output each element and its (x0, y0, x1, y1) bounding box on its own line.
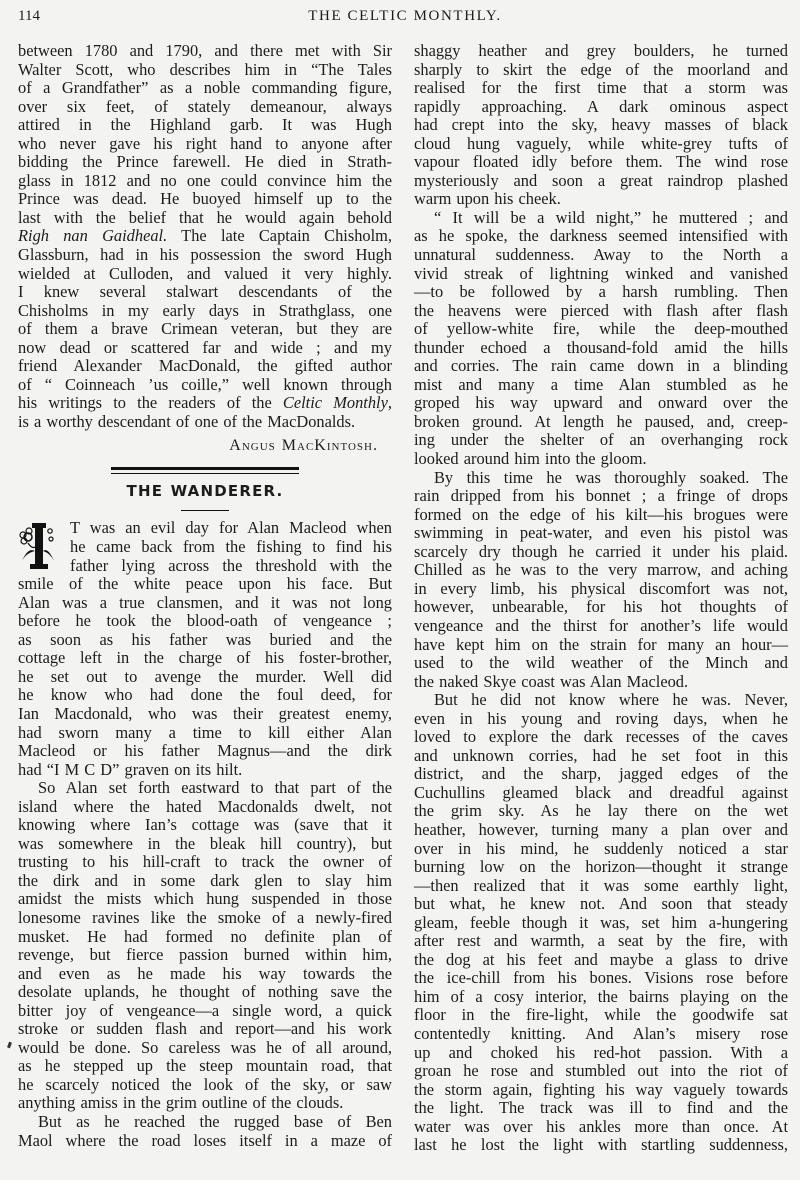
text-line: Cuchullins gleamed black and dreadful ag… (414, 784, 788, 803)
text-line: the grim sky. As he lay there on the wet (414, 802, 788, 821)
text-line: Macleod or his father Magnus—and the dir… (18, 742, 392, 761)
text-line: he came back from the fishing to find hi… (70, 538, 392, 557)
text-line: Alan was a true clansmen, and it was not… (18, 594, 392, 613)
text-line: attired in the Highland garb. It was Hug… (18, 116, 392, 135)
text-line: bitter joy of vengeance—a single word, a… (18, 1002, 392, 1021)
text-line: as soon as his father was buried and the (18, 631, 392, 650)
text-line: warm upon his cheek. (414, 190, 788, 209)
text-line: of them a brave Crimean veteran, but the… (18, 320, 392, 339)
text-line: Chisholms in my early days in Strathglas… (18, 302, 392, 321)
text-line: thunder echoed a thousand-fold amid the … (414, 339, 788, 358)
left-column: between 1780 and 1790, and there met wit… (18, 42, 392, 1150)
story-opening: T was an evil day for Alan Macleod whenh… (18, 519, 392, 575)
page-header: 114 THE CELTIC MONTHLY. (18, 8, 792, 32)
text-line: Walter Scott, who describes him in “The … (18, 61, 392, 80)
text-line: groan he rose and stumbled out into the … (414, 1062, 788, 1081)
text-line: last with the belief that he would again… (18, 209, 392, 228)
text-line: island where the hated Macdonalds dwelt,… (18, 798, 392, 817)
text-line: used to the wild weather of the Minch an… (414, 654, 788, 673)
text-line: sharply to skirt the edge of the moorlan… (414, 61, 788, 80)
text-line: bidding the Prince farewell. He died in … (18, 153, 392, 172)
text-line: By this time he was thoroughly soaked. T… (414, 469, 788, 488)
text-line: Chilled as he was to the very marrow, an… (414, 561, 788, 580)
text-line: vivid streak of lightning winked and van… (414, 265, 788, 284)
text-line: however, unbearable, for his hot thought… (414, 598, 788, 617)
story-paragraph-lost: But he did not know where he was. Never,… (414, 691, 788, 1155)
text-line: and corries. The rain came down in a bli… (414, 357, 788, 376)
text-line: before he took the blood-oath of vengean… (18, 612, 392, 631)
text-line: cottage left in the charge of his foster… (18, 649, 392, 668)
text-line: Glassburn, had in his possession the swo… (18, 246, 392, 265)
text-line: father lying across the threshold with t… (70, 557, 392, 576)
text-line: and unknown corries, had he set foot in … (414, 747, 788, 766)
text-line: last he lost the light with startling su… (414, 1136, 788, 1155)
text-line: So Alan set forth eastward to that part … (18, 779, 392, 798)
text-line: gleam, feeble though it was, set him a-h… (414, 914, 788, 933)
italic-gaelic-phrase: Righ nan Gaidheal. (18, 226, 167, 245)
text-line: he set out to avenge the murder. Well di… (18, 668, 392, 687)
text-line: But as he reached the rugged base of Ben (18, 1113, 392, 1132)
text-line: the dog at his feet and maybe a glass to… (414, 951, 788, 970)
text-line: had crept into the sky, heavy masses of … (414, 116, 788, 135)
text-line: Prince was dead. He buoyed himself up to… (18, 190, 392, 209)
text-line: over in his mind, he suddenly noticed a … (414, 840, 788, 859)
text-line: the light. The track was ill to find and… (414, 1099, 788, 1118)
text-line: after rest and warmth, a seat by the fir… (414, 932, 788, 951)
text-line: he know who had done the foul deed, for (18, 686, 392, 705)
text-line: in every limb, his physical discomfort w… (414, 580, 788, 599)
text-line: unnatural suddenness. Away to the North … (414, 246, 788, 265)
text-line: but what, he knew not. And soon that ste… (414, 895, 788, 914)
text-line: would be done. So careless was he of all… (18, 1039, 392, 1058)
text-line: loved to explore the dark recesses of th… (414, 728, 788, 747)
text-line: broken ground. At length he paused, and,… (414, 413, 788, 432)
text-line: district, and the sharp, jagged edges of… (414, 765, 788, 784)
text-line: between 1780 and 1790, and there met wit… (18, 42, 392, 61)
text-line: scarcely dry though he carried it under … (414, 543, 788, 562)
text-line: is a worthy descendant of one of the Mac… (18, 413, 392, 432)
text-line: wielded at Culloden, and valued it very … (18, 265, 392, 284)
text-line: have kept him on the strain for many an … (414, 636, 788, 655)
text-line: as he stepped up the steep mountain road… (18, 1057, 392, 1076)
text-line: the ice-chill from his bones. Visions ro… (414, 969, 788, 988)
text-line: up and choked his red-hot passion. With … (414, 1044, 788, 1063)
text-line: friend Alexander MacDonald, the gifted a… (18, 357, 392, 376)
text-line: the heavens were pierced with flash afte… (414, 302, 788, 321)
text-line: stroke or sudden flash and report—and hi… (18, 1020, 392, 1039)
text-line: —then realized that it was some earthly … (414, 877, 788, 896)
text-line: rapidly approaching. A dark ominous aspe… (414, 98, 788, 117)
text-line: floor in the fire-light, while the goodw… (414, 1006, 788, 1025)
text-line: had sworn many a time to kill either Ala… (18, 724, 392, 743)
text-line: I knew several stalwart descendants of t… (18, 283, 392, 302)
text-line: he scarcely noticed the look of the sky,… (18, 1076, 392, 1095)
ornamental-drop-cap-icon (18, 521, 58, 571)
story-paragraph-continued: shaggy heather and grey boulders, he tur… (414, 42, 788, 190)
text-line: vengeance and the thirst for another’s l… (414, 617, 788, 636)
story-paragraph-1: smile of the white peace upon his face. … (18, 575, 392, 760)
text-line: rain dripped from his bonnet ; a fringe … (414, 487, 788, 506)
article-tail-continued: Glassburn, had in his possession the swo… (18, 246, 392, 394)
text-line: swimming in peat-water, and even his pis… (414, 524, 788, 543)
text-line: heather, however, turning many a plan ov… (414, 821, 788, 840)
text-line: cloud hung vaguely, while white-grey tuf… (414, 135, 788, 154)
text-line: of a Grandfather” as a noble commanding … (18, 79, 392, 98)
text-line: —to be followed by a harsh rumbling. The… (414, 283, 788, 302)
text-line: who never gave his right hand to anyone … (18, 135, 392, 154)
text-line: smile of the white peace upon his face. … (18, 575, 392, 594)
text-line: knowing where Ian’s cottage was (save th… (18, 816, 392, 835)
title-underline-rule (181, 510, 229, 511)
print-blemish (7, 1042, 12, 1049)
author-signature: Angus MacKintosh. (18, 437, 392, 457)
text-line: the naked Skye coast was Alan Macleod. (414, 673, 788, 692)
text-line: groped his way upward and onward over th… (414, 394, 788, 413)
text-line: was somewhere in the bleak hill country)… (18, 835, 392, 854)
text-line: Righ nan Gaidheal. The late Captain Chis… (18, 227, 392, 246)
text-line: his writings to the readers of the Celti… (18, 394, 392, 413)
text-line: looked around him into the gloom. (414, 450, 788, 469)
text-line: lonesome ravines like the smoke of a new… (18, 909, 392, 928)
article-tail: between 1780 and 1790, and there met wit… (18, 42, 392, 227)
text-line: had “I M C D” graven on its hilt. (18, 761, 392, 780)
text-line: burning low on the horizon—thought it st… (414, 858, 788, 877)
text-line: contentedly knitting. And Alan’s misery … (414, 1025, 788, 1044)
story-paragraph-soaked: By this time he was thoroughly soaked. T… (414, 469, 788, 673)
text-line: Ian Macdonald, who was their greatest en… (18, 705, 392, 724)
text-line: musket. He had formed no definite plan o… (18, 928, 392, 947)
right-column: shaggy heather and grey boulders, he tur… (414, 42, 788, 1155)
text-line: the dirk and in some dark glen to slay h… (18, 872, 392, 891)
text-line: revenge, but fierce passion burned withi… (18, 946, 392, 965)
text-line: of yellow-white fire, while the deep-mou… (414, 320, 788, 339)
text-line: water was over his ankles more than once… (414, 1118, 788, 1137)
text-line: and even as he made his way towards the (18, 965, 392, 984)
drop-cap-paragraph-lines: T was an evil day for Alan Macleod whenh… (18, 519, 392, 575)
story-paragraph-wild-night: “ It will be a wild night,” he muttered … (414, 209, 788, 450)
text-line: mysteriously and soon a great raindrop p… (414, 172, 788, 191)
text-line: anything amiss in the grim outline of th… (18, 1094, 392, 1113)
running-title: THE CELTIC MONTHLY. (18, 8, 792, 25)
text-line: trusting to his hill-craft to track the … (18, 853, 392, 872)
text-line: shaggy heather and grey boulders, he tur… (414, 42, 788, 61)
story-paragraph-3: But as he reached the rugged base of Ben… (18, 1113, 392, 1150)
text-line: over six feet, of stately demeanour, alw… (18, 98, 392, 117)
text-line: glass in 1812 and no one could convince … (18, 172, 392, 191)
section-divider-double-rule (111, 467, 299, 474)
text-line: ing under the shelter of an overhanging … (414, 431, 788, 450)
text-line: Maol where the road loses itself in a ma… (18, 1132, 392, 1151)
text-line: “ It will be a wild night,” he muttered … (414, 209, 788, 228)
text-line: desolate uplands, he thought of nothing … (18, 983, 392, 1002)
text-line: But he did not know where he was. Never, (414, 691, 788, 710)
text-line: of “ Coinneach ’us coille,” well known t… (18, 376, 392, 395)
text-line: him of a cosy interior, the bairns playi… (414, 988, 788, 1007)
text-line: formed on the edge of his kilt—his brogu… (414, 506, 788, 525)
text-line: vapour floated idly before them. The win… (414, 153, 788, 172)
text-line: now dead or scattered far and wide ; and… (18, 339, 392, 358)
text-line: as he spoke, the darkness seemed intensi… (414, 227, 788, 246)
italic-publication-name: Celtic Monthly (283, 393, 388, 412)
text-line: T was an evil day for Alan Macleod when (70, 519, 392, 538)
text-line: realised for the first time that a storm… (414, 79, 788, 98)
text-line: the storm again, fighting his way vaguel… (414, 1081, 788, 1100)
section-title: THE WANDERER. (18, 482, 392, 504)
text-line: even in his young and roving days, when … (414, 710, 788, 729)
text-line: amidst the mists which hung suspended in… (18, 890, 392, 909)
story-paragraph-2: So Alan set forth eastward to that part … (18, 779, 392, 1094)
text-line: mist and many a time Alan stumbled as he (414, 376, 788, 395)
